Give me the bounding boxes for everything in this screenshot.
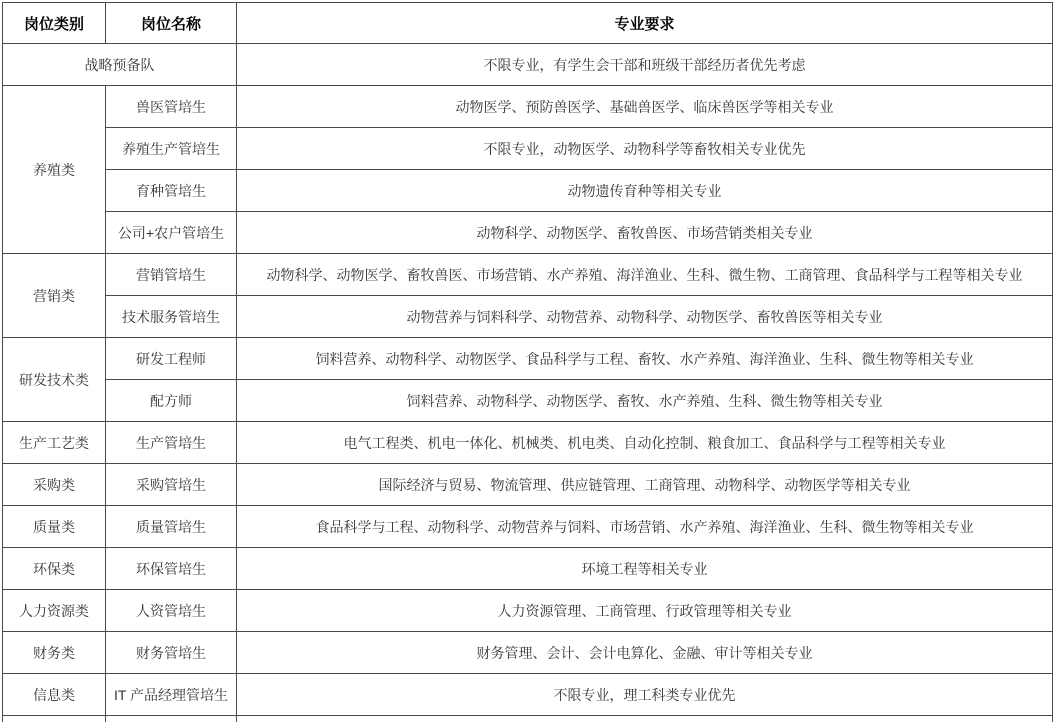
requirement-cell: 动物遗传育种等相关专业: [237, 170, 1053, 212]
category-cell: 养殖类: [3, 86, 106, 254]
position-name-cell: 养殖生产管培生: [106, 128, 237, 170]
position-name-cell: 育种管培生: [106, 170, 237, 212]
table-row: 信息类IT 产品经理管培生不限专业，理工科类专业优先: [3, 674, 1053, 716]
position-name-cell: 环保管培生: [106, 548, 237, 590]
table-row: 营销类营销管培生动物科学、动物医学、畜牧兽医、市场营销、水产养殖、海洋渔业、生科…: [3, 254, 1053, 296]
position-name-cell: 公司+农户管培生: [106, 212, 237, 254]
requirement-cell: 食品科学与工程、动物科学、动物营养与饲料、市场营销、水产养殖、海洋渔业、生科、微…: [237, 506, 1053, 548]
position-name-cell: 采购管培生: [106, 464, 237, 506]
requirement-cell: 动物科学、动物医学、畜牧兽医、市场营销、水产养殖、海洋渔业、生科、微生物、工商管…: [237, 254, 1053, 296]
table-row: 研发技术类研发工程师饲料营养、动物科学、动物医学、食品科学与工程、畜牧、水产养殖…: [3, 338, 1053, 380]
table-row: 采购类采购管培生国际经济与贸易、物流管理、供应链管理、工商管理、动物科学、动物医…: [3, 464, 1053, 506]
position-name-cell: 生产管培生: [106, 422, 237, 464]
page: 岗位类别 岗位名称 专业要求 战略预备队不限专业，有学生会干部和班级干部经历者优…: [0, 0, 1055, 726]
table-row: 养殖生产管培生不限专业，动物医学、动物科学等畜牧相关专业优先: [3, 128, 1053, 170]
category-cell: 研发技术类: [3, 338, 106, 422]
table-header: 岗位类别 岗位名称 专业要求: [3, 3, 1053, 44]
requirement-cell: 动物科学、动物医学、畜牧兽医、市场营销类相关专业: [237, 212, 1053, 254]
requirement-cell: 环境工程等相关专业: [237, 548, 1053, 590]
header-requirement: 专业要求: [237, 3, 1053, 44]
category-cell: 采购类: [3, 464, 106, 506]
category-cell: 信息类: [3, 674, 106, 716]
category-cell: [3, 716, 106, 722]
table-row-partial: [3, 716, 1053, 722]
position-name-cell: 技术服务管培生: [106, 296, 237, 338]
table-row: 财务类财务管培生财务管理、会计、会计电算化、金融、审计等相关专业: [3, 632, 1053, 674]
table-row: 配方师饲料营养、动物科学、动物医学、畜牧、水产养殖、生科、微生物等相关专业: [3, 380, 1053, 422]
position-name-cell: [106, 716, 237, 722]
requirement-cell: 饲料营养、动物科学、动物医学、食品科学与工程、畜牧、水产养殖、海洋渔业、生科、微…: [237, 338, 1053, 380]
requirement-cell: 不限专业，有学生会干部和班级干部经历者优先考虑: [237, 44, 1053, 86]
requirement-cell: 动物营养与饲料科学、动物营养、动物科学、动物医学、畜牧兽医等相关专业: [237, 296, 1053, 338]
requirement-cell: 电气工程类、机电一体化、机械类、机电类、自动化控制、粮食加工、食品科学与工程等相…: [237, 422, 1053, 464]
category-cell: 质量类: [3, 506, 106, 548]
category-cell: 战略预备队: [3, 44, 237, 86]
category-cell: 财务类: [3, 632, 106, 674]
table-row: 技术服务管培生动物营养与饲料科学、动物营养、动物科学、动物医学、畜牧兽医等相关专…: [3, 296, 1053, 338]
category-cell: 环保类: [3, 548, 106, 590]
position-name-cell: 人资管培生: [106, 590, 237, 632]
position-name-cell: IT 产品经理管培生: [106, 674, 237, 716]
table-body: 战略预备队不限专业，有学生会干部和班级干部经历者优先考虑养殖类兽医管培生动物医学…: [3, 44, 1053, 722]
requirement-cell: 不限专业，理工科类专业优先: [237, 674, 1053, 716]
requirement-cell: 动物医学、预防兽医学、基础兽医学、临床兽医学等相关专业: [237, 86, 1053, 128]
table-row: 人力资源类人资管培生人力资源管理、工商管理、行政管理等相关专业: [3, 590, 1053, 632]
requirement-cell: 人力资源管理、工商管理、行政管理等相关专业: [237, 590, 1053, 632]
table-row: 质量类质量管培生食品科学与工程、动物科学、动物营养与饲料、市场营销、水产养殖、海…: [3, 506, 1053, 548]
position-name-cell: 财务管培生: [106, 632, 237, 674]
position-name-cell: 兽医管培生: [106, 86, 237, 128]
header-position-name: 岗位名称: [106, 3, 237, 44]
position-name-cell: 研发工程师: [106, 338, 237, 380]
table-row: 育种管培生动物遗传育种等相关专业: [3, 170, 1053, 212]
position-name-cell: 配方师: [106, 380, 237, 422]
requirement-cell: 饲料营养、动物科学、动物医学、畜牧、水产养殖、生科、微生物等相关专业: [237, 380, 1053, 422]
requirement-cell: [237, 716, 1053, 722]
position-name-cell: 营销管培生: [106, 254, 237, 296]
requirement-cell: 不限专业，动物医学、动物科学等畜牧相关专业优先: [237, 128, 1053, 170]
positions-table: 岗位类别 岗位名称 专业要求 战略预备队不限专业，有学生会干部和班级干部经历者优…: [2, 2, 1053, 722]
table-row: 养殖类兽医管培生动物医学、预防兽医学、基础兽医学、临床兽医学等相关专业: [3, 86, 1053, 128]
position-name-cell: 质量管培生: [106, 506, 237, 548]
category-cell: 生产工艺类: [3, 422, 106, 464]
header-category: 岗位类别: [3, 3, 106, 44]
requirement-cell: 财务管理、会计、会计电算化、金融、审计等相关专业: [237, 632, 1053, 674]
table-row: 公司+农户管培生动物科学、动物医学、畜牧兽医、市场营销类相关专业: [3, 212, 1053, 254]
category-cell: 营销类: [3, 254, 106, 338]
header-row: 岗位类别 岗位名称 专业要求: [3, 3, 1053, 44]
requirement-cell: 国际经济与贸易、物流管理、供应链管理、工商管理、动物科学、动物医学等相关专业: [237, 464, 1053, 506]
table-row: 战略预备队不限专业，有学生会干部和班级干部经历者优先考虑: [3, 44, 1053, 86]
table-row: 生产工艺类生产管培生电气工程类、机电一体化、机械类、机电类、自动化控制、粮食加工…: [3, 422, 1053, 464]
table-row: 环保类环保管培生环境工程等相关专业: [3, 548, 1053, 590]
category-cell: 人力资源类: [3, 590, 106, 632]
